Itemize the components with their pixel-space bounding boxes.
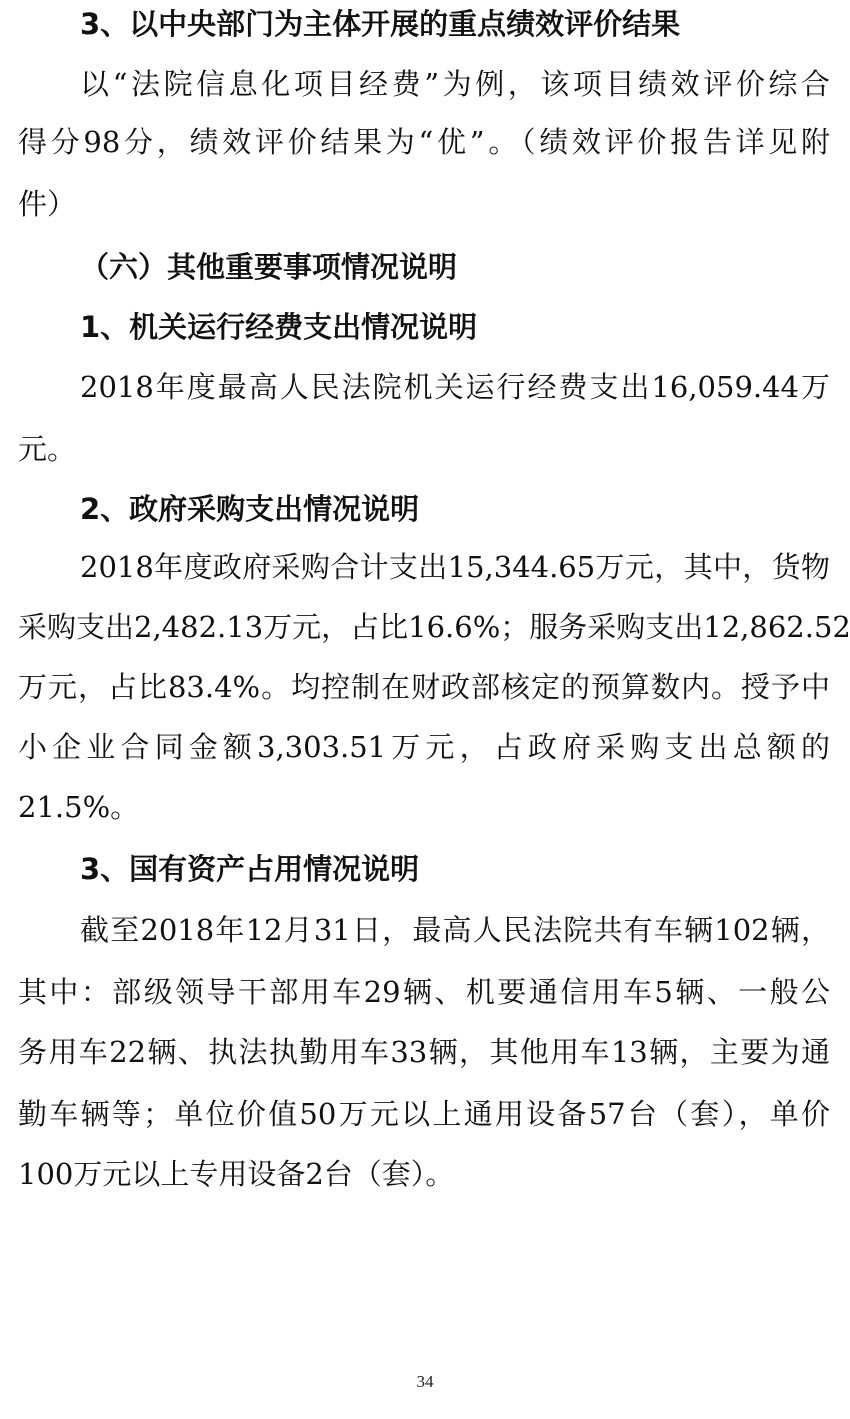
paragraph-line: 件） bbox=[18, 182, 830, 226]
item-heading-government-procurement: 2、政府采购支出情况说明 bbox=[80, 487, 850, 531]
paragraph-line: 得分98分，绩效评价结果为“优”。（绩效评价报告详见附 bbox=[18, 120, 830, 164]
paragraph-line: 其中：部级领导干部用车29辆、机要通信用车5辆、一般公 bbox=[18, 970, 830, 1014]
paragraph-line: 2018年度政府采购合计支出15,344.65万元，其中，货物 bbox=[80, 545, 830, 589]
paragraph-line: 元。 bbox=[18, 427, 830, 471]
section-heading-performance-results: 3、以中央部门为主体开展的重点绩效评价结果 bbox=[80, 2, 850, 46]
paragraph-line: 小企业合同金额3,303.51万元，占政府采购支出总额的 bbox=[18, 725, 830, 769]
paragraph-line: 截至2018年12月31日，最高人民法院共有车辆102辆， bbox=[80, 908, 830, 952]
paragraph-line: 以“法院信息化项目经费”为例，该项目绩效评价综合 bbox=[80, 62, 830, 106]
paragraph-line: 勤车辆等；单位价值50万元以上通用设备57台（套），单价 bbox=[18, 1092, 830, 1136]
paragraph-line: 100万元以上专用设备2台（套）。 bbox=[18, 1152, 830, 1196]
paragraph-line: 21.5%。 bbox=[18, 785, 830, 829]
item-heading-state-assets: 3、国有资产占用情况说明 bbox=[80, 847, 850, 891]
page-number: 34 bbox=[0, 1372, 850, 1392]
paragraph-line: 万元，占比83.4%。均控制在财政部核定的预算数内。授予中 bbox=[18, 665, 830, 709]
item-heading-operating-expenses: 1、机关运行经费支出情况说明 bbox=[80, 305, 850, 349]
paragraph-line: 采购支出2,482.13万元，占比16.6%；服务采购支出12,862.52 bbox=[18, 605, 830, 649]
paragraph-line: 务用车22辆、执法执勤用车33辆，其他用车13辆，主要为通 bbox=[18, 1030, 830, 1074]
paragraph-line: 2018年度最高人民法院机关运行经费支出16,059.44万 bbox=[80, 365, 830, 409]
part-heading-other-matters: （六）其他重要事项情况说明 bbox=[80, 245, 850, 289]
